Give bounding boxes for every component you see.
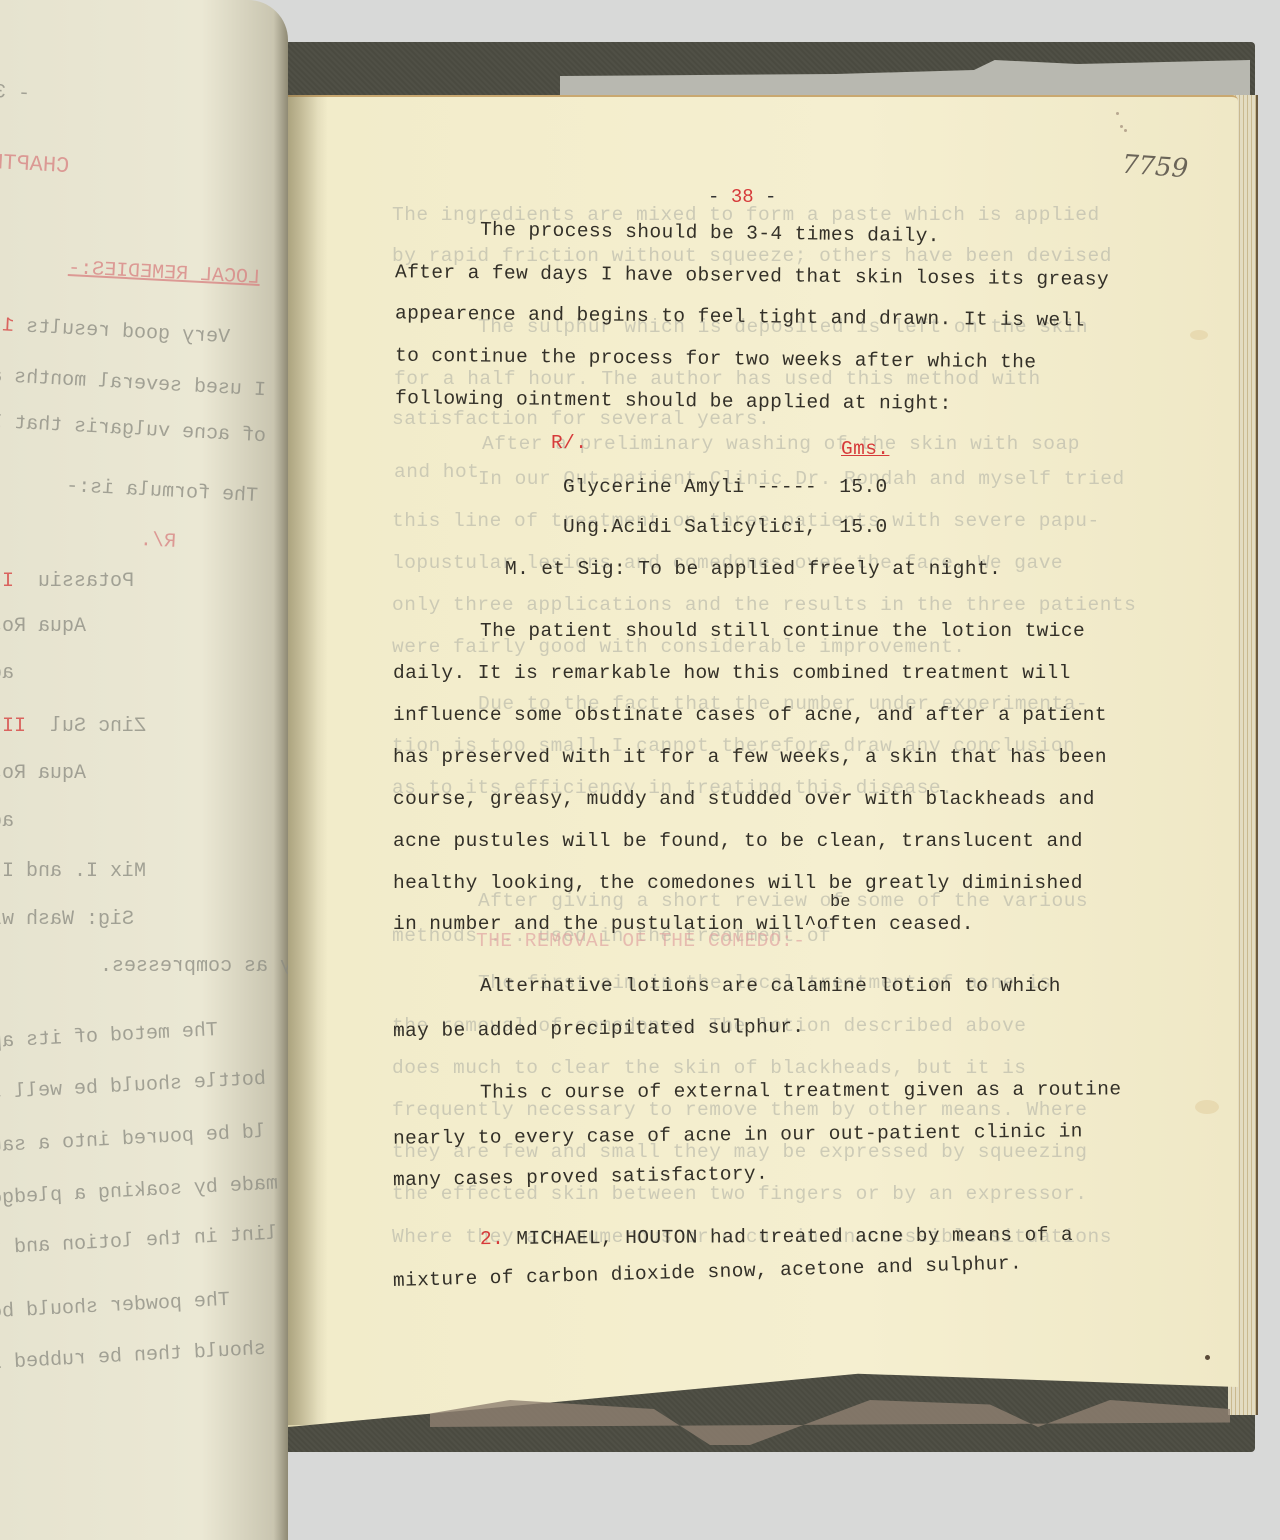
text-line: Alternative lotions are calamine lotion … xyxy=(480,975,1061,997)
pin-hole xyxy=(1124,129,1127,132)
ghost-line: and hot xyxy=(394,461,479,483)
text-line: healthy looking, the comedones will be g… xyxy=(393,872,1083,894)
mirrored-heading: LOCAL REMEDIES:- xyxy=(68,257,261,290)
signa-instruction: M. et Sig: To be applied freely at night… xyxy=(505,558,1001,580)
mirrored-line: bottle should be well s xyxy=(0,1068,266,1105)
ingredient-name: Glycerine Amyli ----- xyxy=(563,476,817,498)
mirrored-line: of acne vulgaris that I xyxy=(0,411,266,448)
text-line: course, greasy, muddy and studded over w… xyxy=(393,788,1095,810)
ingredient-name: Ung.Acidi Salicylici, xyxy=(563,516,817,538)
ingredient-row: Ung.Acidi Salicylici, 15.0 xyxy=(563,516,888,538)
ghost-line: does much to clear the skin of blackhead… xyxy=(392,1057,1027,1079)
text-line: in number and the pustulation will^often… xyxy=(393,913,974,935)
mirrored-line: Aqua Ros xyxy=(0,762,86,785)
handtyped-insertion: be xyxy=(830,893,850,912)
text-line: has preserved with it for a few weeks, a… xyxy=(393,746,1107,768)
text-line: may be added precipitated sulphur. xyxy=(393,1016,805,1042)
ghost-line: only three applications and the results … xyxy=(392,594,1136,616)
mirrored-rx: R/. xyxy=(139,529,176,554)
mirrored-line: ad xyxy=(0,662,14,685)
mirrored-line: Aqua Ros xyxy=(0,615,86,638)
mirrored-chapter-title: CHAPTE xyxy=(0,150,70,179)
ingredient-amount: 15.0 xyxy=(839,516,887,538)
ingredient-row: Glycerine Amyli ----- 15.0 xyxy=(563,476,888,498)
gutter-shadow xyxy=(288,95,328,1425)
text-line: acne pustules will be found, to be clean… xyxy=(393,830,1083,852)
mirrored-line: lint in the lotion and t xyxy=(0,1222,278,1260)
pin-hole xyxy=(1120,125,1123,128)
handwritten-folio-number: 7759 xyxy=(1121,150,1189,185)
mirrored-line: The formula is:- xyxy=(66,475,259,508)
mirrored-line: ld be poured into a sau xyxy=(0,1121,266,1158)
text-line: daily. It is remarkable how this combine… xyxy=(393,662,1071,684)
mirrored-line: ad xyxy=(0,810,14,833)
mirrored-line: Sig: Wash wi xyxy=(0,908,134,931)
text-line: This c ourse of external treatment given… xyxy=(480,1078,1122,1103)
left-page: - 3 CHAPTE LOCAL REMEDIES:- Very good re… xyxy=(0,0,288,1540)
mirrored-line: Zinc Sul II. xyxy=(0,715,146,738)
pin-hole xyxy=(1116,112,1119,115)
mirrored-page-number: - 3 xyxy=(0,81,31,106)
unit-header: Gms. xyxy=(841,438,889,460)
foxing-stain xyxy=(1195,1100,1219,1114)
text-line: The patient should still continue the lo… xyxy=(480,620,1085,642)
text-line: 2. MICHAEL, HOUTON had treated acne by m… xyxy=(480,1224,1073,1250)
mirrored-line: Mix I. and II xyxy=(0,860,146,883)
pin-hole xyxy=(1205,1355,1210,1360)
text-line: influence some obstinate cases of acne, … xyxy=(393,704,1107,726)
foxing-stain xyxy=(1190,330,1208,340)
mirrored-line: ly as compresses. xyxy=(100,955,288,978)
ingredient-amount: 15.0 xyxy=(839,476,887,498)
mirrored-line: The powder should be xyxy=(0,1289,230,1325)
mirrored-line: made by soaking a pledge xyxy=(0,1172,278,1210)
mirrored-line: Potassiu I. xyxy=(0,570,134,593)
page-number: - 38 - xyxy=(708,186,776,208)
item-number: 2. xyxy=(480,1228,504,1250)
mirrored-line: should then be rubbed i xyxy=(0,1338,266,1375)
rx-symbol: R/. xyxy=(551,432,587,454)
mirrored-line: The metod of its ap xyxy=(0,1019,218,1054)
mirrored-line: Very good results 1. xyxy=(0,314,231,350)
mirrored-line: I used several months a xyxy=(0,365,266,402)
